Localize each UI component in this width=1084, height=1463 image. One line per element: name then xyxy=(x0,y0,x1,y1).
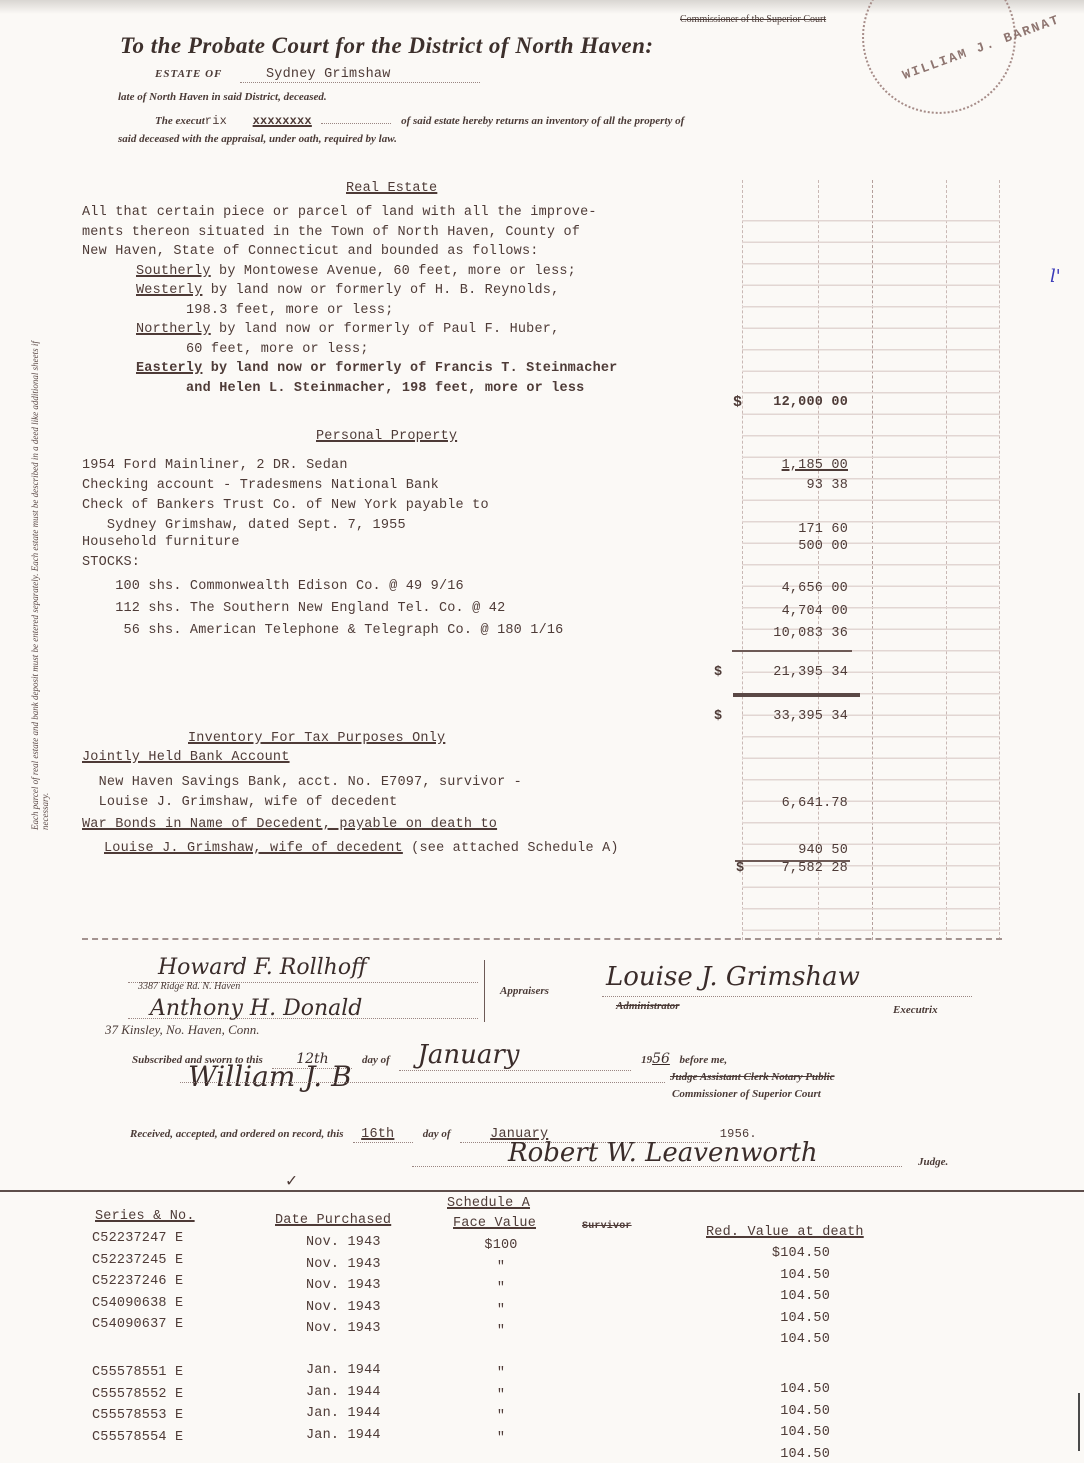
bond-series: C55578551 E xyxy=(92,1362,183,1384)
pp-amount: 171 60 xyxy=(738,522,848,537)
schedule-red-column: $104.50 104.50 104.50 104.50 104.50 104.… xyxy=(740,1243,830,1463)
grand-total-dollar: $ xyxy=(714,709,722,724)
joint-account-amount: 6,641.78 xyxy=(738,796,848,811)
tax-inventory-heading: Inventory For Tax Purposes Only xyxy=(188,731,445,746)
bond-red-value: 104.50 xyxy=(740,1401,830,1423)
real-estate-description: All that certain piece or parcel of land… xyxy=(82,203,618,398)
sworn-year: 56 xyxy=(652,1051,670,1067)
bond-series: C55578554 E xyxy=(92,1427,183,1449)
estate-label: ESTATE OF xyxy=(155,68,222,80)
bond-date: Jan. 1944 xyxy=(306,1360,381,1382)
notary-line xyxy=(180,1082,665,1083)
pp-amount: 500 00 xyxy=(738,539,848,554)
returns-text-2: said deceased with the appraisal, under … xyxy=(118,133,397,145)
bound-westerly-cont: 198.3 feet, more or less; xyxy=(136,301,618,321)
appraisers-label: Appraisers xyxy=(500,985,549,997)
schedule-series-column: C52237247 E C52237245 E C52237246 E C540… xyxy=(92,1228,183,1448)
pp-amount: 4,656 00 xyxy=(738,581,848,596)
bond-series: C55578552 E xyxy=(92,1384,183,1406)
real-estate-amount: 12,000 00 xyxy=(738,395,848,410)
appraisers-brace xyxy=(484,960,491,1022)
bond-face: $100 xyxy=(476,1235,526,1257)
estate-name-field: Sydney Grimshaw xyxy=(240,64,480,83)
notary-struck-titles: Judge Assistant Clerk Notary Public xyxy=(670,1071,835,1083)
grand-total: 33,395 34 xyxy=(738,709,848,724)
bond-face: " xyxy=(476,1406,526,1428)
bond-face: " xyxy=(476,1278,526,1300)
bond-date: Nov. 1943 xyxy=(306,1275,381,1297)
pp-amount: 93 38 xyxy=(738,478,848,493)
executrix-signature: Louise J. Grimshaw xyxy=(606,962,860,992)
notary-title: Commissioner of Superior Court xyxy=(672,1088,821,1100)
appraiser-2-address: 37 Kinsley, No. Haven, Conn. xyxy=(105,1022,260,1038)
pp-item: 56 shs. American Telephone & Telegraph C… xyxy=(82,619,563,643)
scan-edge-mark xyxy=(1078,1393,1080,1451)
pp-item: Checking account - Tradesmens National B… xyxy=(82,476,563,496)
year-prefix: 19 xyxy=(641,1054,652,1066)
bond-date: Jan. 1944 xyxy=(306,1403,381,1425)
judge-line xyxy=(412,1166,902,1167)
estate-line: ESTATE OF Sydney Grimshaw xyxy=(155,64,535,83)
schedule-a-title: Schedule A xyxy=(447,1196,530,1211)
grand-total-rule xyxy=(733,693,860,697)
check-mark: ✓ xyxy=(286,1170,297,1192)
tax-line: Louise J. Grimshaw, wife of decedent xyxy=(82,795,397,810)
bond-series: C55578553 E xyxy=(92,1405,183,1427)
ledger-grid-rows xyxy=(742,200,1000,940)
exec-struck: xxxxxxxx xyxy=(253,114,312,128)
executrix-line xyxy=(602,996,972,997)
before-me: before me, xyxy=(680,1054,728,1066)
exec-prefix: The execut xyxy=(155,115,205,127)
joint-account-heading: Jointly Held Bank Account xyxy=(82,750,290,765)
sidebar-instruction: Each parcel of real estate and bank depo… xyxy=(30,310,60,830)
col-face-value: Face Value xyxy=(453,1216,536,1231)
returns-text: of said estate hereby returns an invento… xyxy=(401,115,684,127)
bound-southerly: Southerly by Montowese Avenue, 60 feet, … xyxy=(136,262,618,282)
bond-red-value: 104.50 xyxy=(740,1265,830,1287)
pp-subtotal-dollar: $ xyxy=(714,665,722,680)
bond-face: " xyxy=(476,1257,526,1279)
executrix-line: The executrix xxxxxxxx of said estate he… xyxy=(155,111,684,129)
bond-face: " xyxy=(476,1363,526,1385)
section-divider xyxy=(82,938,1002,940)
re-line: New Haven, State of Connecticut and boun… xyxy=(82,242,618,262)
executrix-label: Executrix xyxy=(893,1004,938,1016)
col-survivor: Survivor xyxy=(582,1221,632,1232)
bound-easterly-cont: and Helen L. Steinmacher, 198 feet, more… xyxy=(136,379,618,399)
bond-red-value: 104.50 xyxy=(740,1286,830,1308)
schedule-face-column: $100 " " " " " " " " xyxy=(476,1235,526,1449)
pp-item: Household furniture xyxy=(82,534,563,551)
personal-property-list: 1954 Ford Mainliner, 2 DR. Sedan Checkin… xyxy=(82,456,563,643)
tax-total: 7,582 28 xyxy=(738,861,848,876)
personal-property-heading: Personal Property xyxy=(316,429,457,444)
pp-item: STOCKS: xyxy=(82,551,563,575)
bond-date: Nov. 1943 xyxy=(306,1254,381,1276)
late-of-line: late of North Haven in said District, de… xyxy=(118,91,327,103)
schedule-divider xyxy=(0,1190,1084,1192)
real-estate-heading: Real Estate xyxy=(346,181,437,196)
pp-amount: 1,185 00 xyxy=(738,458,848,473)
bond-face: " xyxy=(476,1321,526,1343)
bond-red-value: 104.50 xyxy=(740,1422,830,1444)
pp-subtotal: 21,395 34 xyxy=(738,665,848,680)
schedule-date-column: Nov. 1943 Nov. 1943 Nov. 1943 Nov. 1943 … xyxy=(306,1232,381,1446)
exec-suffix: rix xyxy=(205,114,227,128)
col-series: Series & No. xyxy=(95,1209,195,1224)
appraiser-2-line xyxy=(128,1018,478,1019)
notary-signature: William J. B xyxy=(188,1060,352,1093)
pp-item: 112 shs. The Southern New England Tel. C… xyxy=(82,599,563,619)
bond-series: C52237245 E xyxy=(92,1250,183,1272)
war-bonds-line: War Bonds in Name of Decedent, payable o… xyxy=(82,817,497,832)
pp-item: Check of Bankers Trust Co. of New York p… xyxy=(82,496,563,516)
bond-series: C54090638 E xyxy=(92,1293,183,1315)
pp-amount: 10,083 36 xyxy=(738,626,848,641)
re-line: All that certain piece or parcel of land… xyxy=(82,203,618,223)
received-day-field: 16th xyxy=(353,1124,413,1143)
received-day-of: day of xyxy=(423,1128,451,1140)
bond-face: " xyxy=(476,1385,526,1407)
pp-item: 1954 Ford Mainliner, 2 DR. Sedan xyxy=(82,456,563,476)
bond-series: C52237246 E xyxy=(92,1271,183,1293)
tax-line: New Haven Savings Bank, acct. No. E7097,… xyxy=(82,775,522,790)
bond-red-value: $104.50 xyxy=(740,1243,830,1265)
form-title: To the Probate Court for the District of… xyxy=(120,33,654,59)
col-red-value: Red. Value at death xyxy=(706,1225,864,1240)
war-bonds-amount: 940 50 xyxy=(738,843,848,858)
bond-date: Jan. 1944 xyxy=(306,1425,381,1447)
pp-item: Sydney Grimshaw, dated Sept. 7, 1955 xyxy=(82,517,563,534)
bond-face: " xyxy=(476,1428,526,1450)
pp-amount: 4,704 00 xyxy=(738,604,848,619)
appraiser-1-address: 3387 Ridge Rd. N. Haven xyxy=(138,981,240,992)
bound-northerly-cont: 60 feet, more or less; xyxy=(136,340,618,360)
bond-face: " xyxy=(476,1300,526,1322)
bond-date: Nov. 1943 xyxy=(306,1232,381,1254)
bond-red-value: 104.50 xyxy=(740,1379,830,1401)
bound-northerly: Northerly by land now or formerly of Pau… xyxy=(136,320,618,340)
bond-date: Nov. 1943 xyxy=(306,1318,381,1340)
margin-mark: l' xyxy=(1050,266,1061,287)
col-date: Date Purchased xyxy=(275,1213,391,1228)
pp-subtotal-rule xyxy=(732,650,852,652)
bond-red-value: 104.50 xyxy=(740,1329,830,1351)
bond-red-value: 104.50 xyxy=(740,1308,830,1330)
estate-name: Sydney Grimshaw xyxy=(266,67,391,82)
judge-label: Judge. xyxy=(918,1156,948,1168)
re-line: ments thereon situated in the Town of No… xyxy=(82,223,618,243)
received-text: Received, accepted, and ordered on recor… xyxy=(130,1128,344,1140)
war-bonds-line-2: Louise J. Grimshaw, wife of decedent (se… xyxy=(104,841,619,856)
pp-item: 100 shs. Commonwealth Edison Co. @ 49 9/… xyxy=(82,575,563,599)
exec-dots xyxy=(321,123,391,124)
bond-date: Nov. 1943 xyxy=(306,1297,381,1319)
stamp-struck-text: Commissioner of the Superior Court xyxy=(680,14,826,25)
bond-date: Jan. 1944 xyxy=(306,1382,381,1404)
appraiser-1-signature: Howard F. Rollhoff xyxy=(158,955,367,980)
bound-westerly: Westerly by land now or formerly of H. B… xyxy=(136,281,618,301)
judge-signature: Robert W. Leavenworth xyxy=(508,1138,818,1168)
bond-series: C52237247 E xyxy=(92,1228,183,1250)
bond-red-value: 104.50 xyxy=(740,1444,830,1463)
bound-easterly: Easterly by land now or formerly of Fran… xyxy=(136,359,618,379)
bond-series: C54090637 E xyxy=(92,1314,183,1336)
executrix-struck: Administrator xyxy=(616,1000,680,1012)
day-of-label: day of xyxy=(362,1054,390,1066)
sworn-month-field: January xyxy=(399,1040,631,1071)
